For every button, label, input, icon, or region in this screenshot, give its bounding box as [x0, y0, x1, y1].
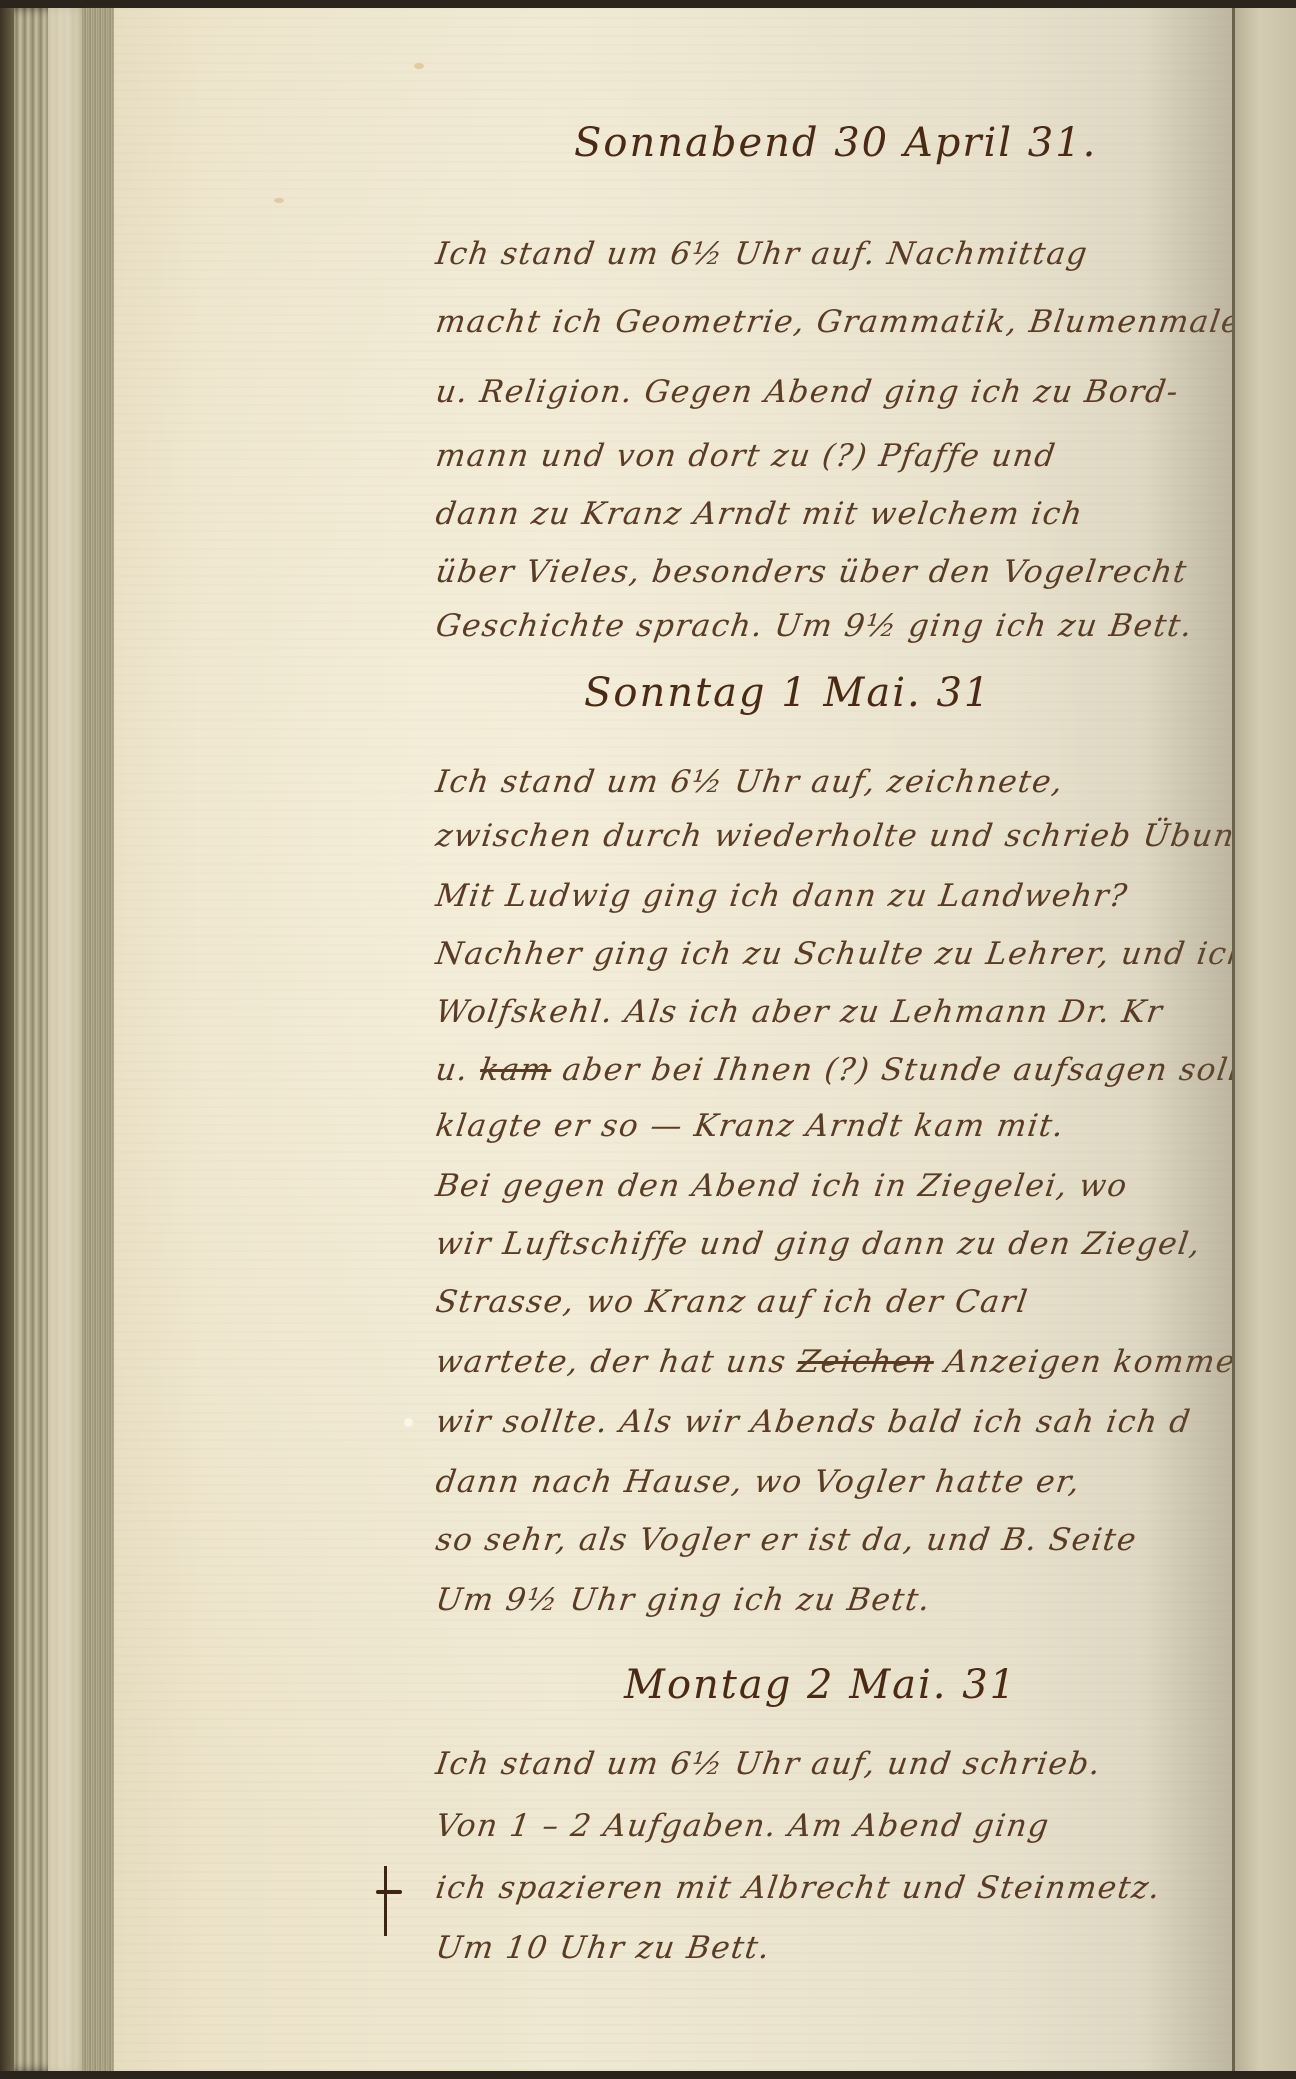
- entry-1-line: Geschichte sprach. Um 9½ ging ich zu Bet…: [433, 608, 1195, 644]
- entry-1-line: Ich stand um 6½ Uhr auf. Nachmittag: [433, 236, 1090, 272]
- entry-heading-3: Montag 2 Mai. 31: [624, 1662, 1017, 1708]
- entry-2-line: wir Luftschiffe und ging dann zu den Zie…: [433, 1226, 1203, 1262]
- entry-1-line: mann und von dort zu (?) Pfaffe und: [433, 438, 1058, 474]
- cross-horizontal-stroke: [376, 1890, 402, 1894]
- cross-vertical-stroke: [384, 1866, 387, 1936]
- entry-2-line: Nachher ging ich zu Schulte zu Lehrer, u…: [433, 936, 1251, 972]
- entry-2-line: u. kam aber bei Ihnen (?) Stunde aufsage…: [433, 1052, 1242, 1088]
- entry-2-line: wir sollte. Als wir Abends bald ich sah …: [433, 1404, 1193, 1440]
- manuscript-text: Sonnabend 30 April 31. Ich stand um 6½ U…: [114, 8, 1232, 2071]
- entry-2-line: Ich stand um 6½ Uhr auf, zeichnete,: [433, 764, 1066, 800]
- manuscript-page: Sonnabend 30 April 31. Ich stand um 6½ U…: [114, 8, 1232, 2071]
- entry-2-line: Um 9½ Uhr ging ich zu Bett.: [433, 1582, 933, 1618]
- entry-3-line: Um 10 Uhr zu Bett.: [433, 1930, 773, 1966]
- entry-2-line: Mit Ludwig ging ich dann zu Landwehr?: [433, 878, 1130, 914]
- entry-2-line: wartete, der hat uns Zeichen Anzeigen ko…: [433, 1344, 1259, 1380]
- entry-1-line: u. Religion. Gegen Abend ging ich zu Bor…: [433, 374, 1181, 410]
- entry-1-line: dann zu Kranz Arndt mit welchem ich: [433, 496, 1085, 532]
- entry-2-line: so sehr, als Vogler er ist da, und B. Se…: [433, 1522, 1139, 1558]
- book-scan: Sonnabend 30 April 31. Ich stand um 6½ U…: [0, 0, 1296, 2079]
- entry-2-line: Wolfskehl. Als ich aber zu Lehmann Dr. K…: [433, 994, 1165, 1030]
- entry-heading-1: Sonnabend 30 April 31.: [574, 120, 1097, 166]
- facing-page-edge: [1235, 8, 1296, 2071]
- entry-2-line: Bei gegen den Abend ich in Ziegelei, wo: [433, 1168, 1130, 1204]
- entry-1-line: über Vieles, besonders über den Vogelrec…: [433, 554, 1189, 590]
- entry-3-line: Ich stand um 6½ Uhr auf, und schrieb.: [433, 1746, 1103, 1782]
- entry-1-line: macht ich Geometrie, Grammatik, Blumenma…: [433, 304, 1291, 340]
- entry-3-line: Von 1 – 2 Aufgaben. Am Abend ging: [433, 1808, 1052, 1844]
- entry-heading-2: Sonntag 1 Mai. 31: [584, 670, 991, 716]
- struck-word: kam: [478, 1052, 554, 1088]
- entry-2-line: dann nach Hause, wo Vogler hatte er,: [433, 1464, 1082, 1500]
- struck-word: Zeichen: [795, 1344, 936, 1380]
- entry-2-line: zwischen durch wiederholte und schrieb Ü…: [433, 818, 1296, 854]
- margin-cross-mark: [376, 1866, 404, 1936]
- entry-3-line: ich spazieren mit Albrecht und Steinmetz…: [433, 1870, 1163, 1906]
- entry-2-line: Strasse, wo Kranz auf ich der Carl: [433, 1284, 1030, 1320]
- entry-2-line: klagte er so — Kranz Arndt kam mit.: [433, 1108, 1067, 1144]
- page-edge-band: [82, 8, 116, 2071]
